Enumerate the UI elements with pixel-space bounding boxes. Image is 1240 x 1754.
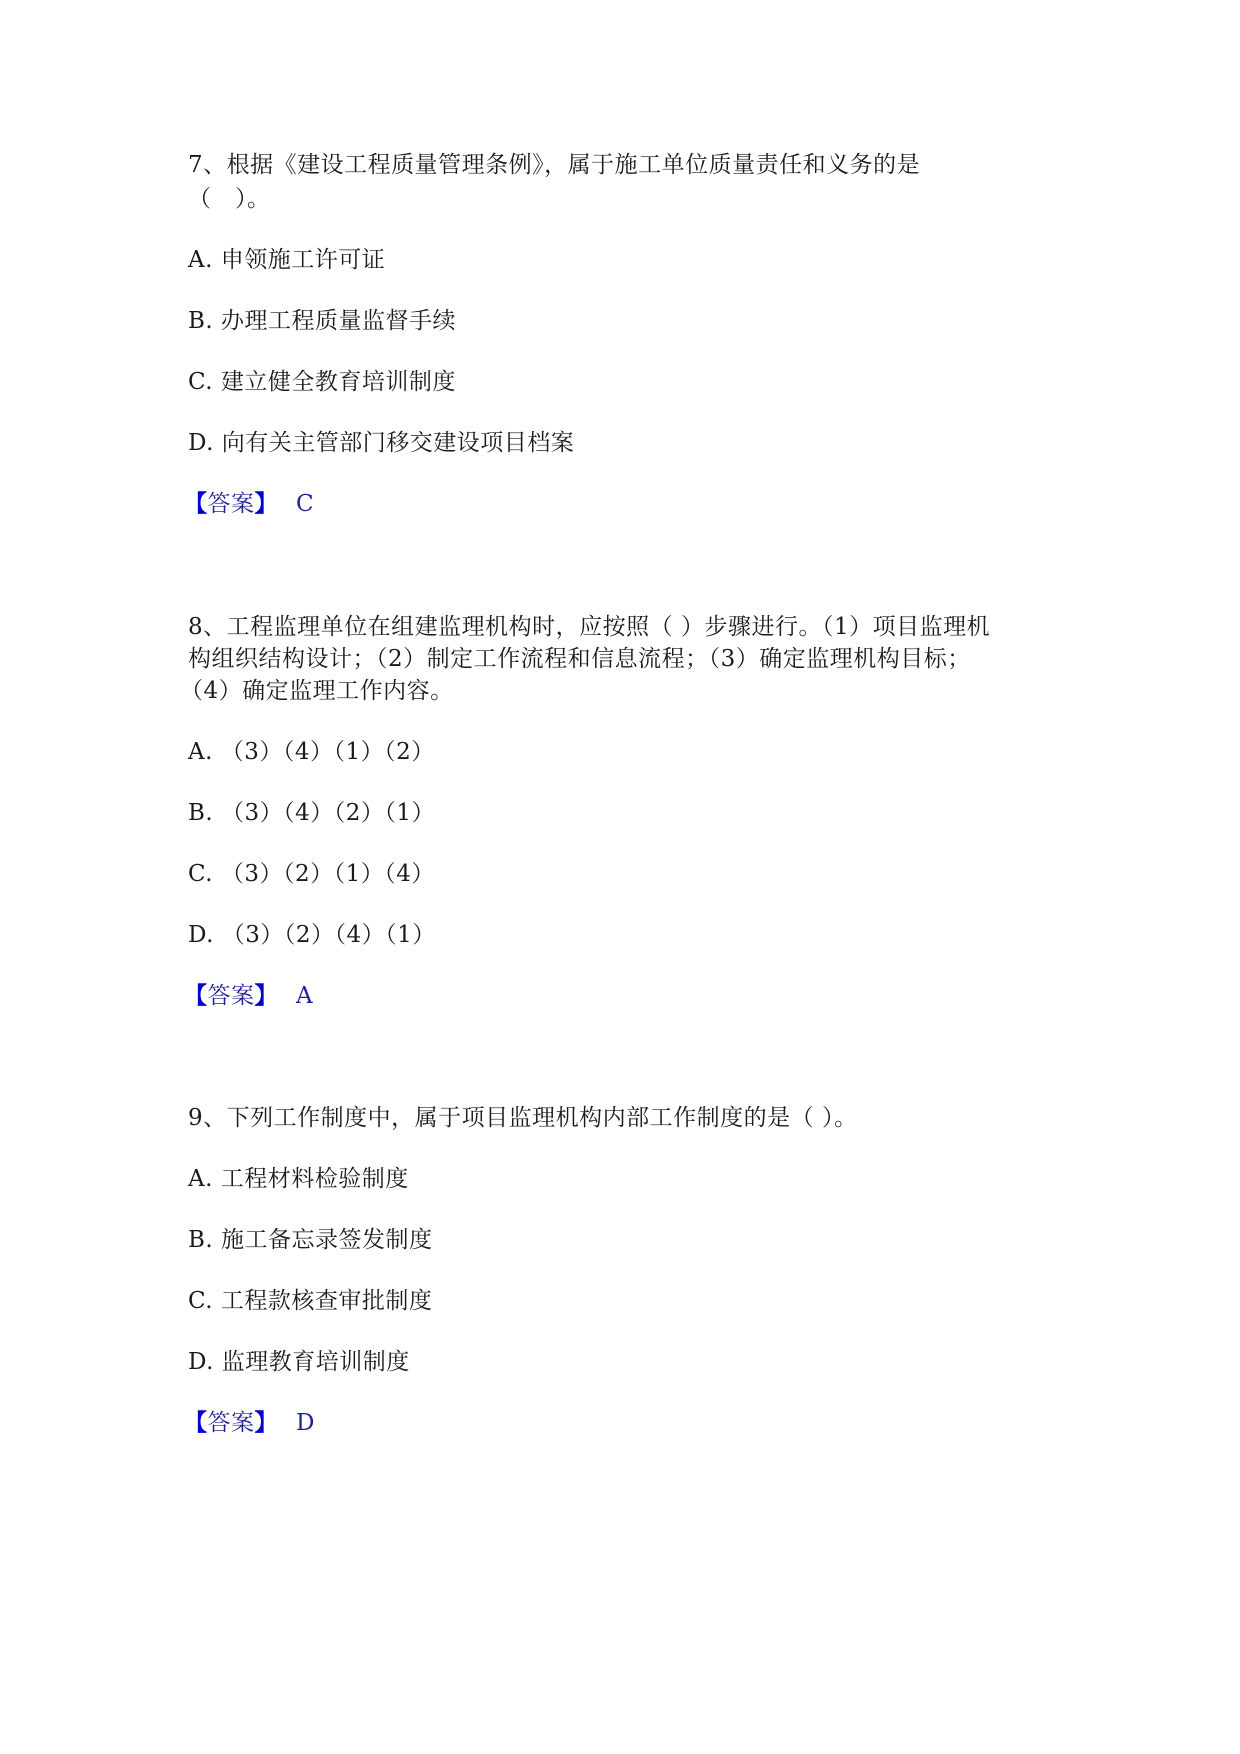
answer-label: 答案 — [208, 491, 255, 517]
answer-value: A — [296, 983, 313, 1009]
option-a: A. 工程材料检验制度 — [188, 1163, 409, 1195]
option-a: A. （3）（4）（1）（2） — [188, 736, 435, 768]
question-stem-line: 8、工程监理单位在组建监理机构时，应按照（ ）步骤进行。（1）项目监理机 — [188, 611, 990, 643]
answer-label: 答案 — [208, 983, 255, 1009]
option-c: C. 建立健全教育培训制度 — [188, 366, 456, 398]
question-stem-line: 构组织结构设计；（2）制定工作流程和信息流程；（3）确定监理机构目标； — [188, 643, 971, 675]
answer-bracket-close: 】 — [255, 490, 279, 517]
option-a: A. 申领施工许可证 — [188, 244, 385, 276]
answer-line: 【答案】C — [184, 488, 314, 520]
answer-line: 【答案】A — [184, 980, 313, 1012]
question-stem-line: （ ）。 — [188, 183, 271, 215]
answer-bracket-open: 【 — [184, 982, 208, 1009]
answer-bracket-open: 【 — [184, 490, 208, 517]
answer-bracket-open: 【 — [184, 1409, 208, 1436]
option-b: B. 施工备忘录签发制度 — [188, 1224, 433, 1256]
question-stem-line: （4）确定监理工作内容。 — [180, 675, 454, 707]
answer-value: C — [296, 491, 314, 517]
option-d: D. 监理教育培训制度 — [188, 1346, 410, 1378]
answer-bracket-close: 】 — [255, 1409, 279, 1436]
question-stem-line: 7、根据《建设工程质量管理条例》，属于施工单位质量责任和义务的是 — [188, 149, 920, 181]
answer-line: 【答案】D — [184, 1407, 315, 1439]
question-stem-line: 9、下列工作制度中，属于项目监理机构内部工作制度的是（ ）。 — [188, 1102, 857, 1134]
option-c: C. （3）（2）（1）（4） — [188, 858, 435, 890]
option-d: D. 向有关主管部门移交建设项目档案 — [188, 427, 574, 459]
answer-bracket-close: 】 — [255, 982, 279, 1009]
option-d: D. （3）（2）（4）（1） — [188, 919, 436, 951]
answer-value: D — [296, 1410, 315, 1436]
option-b: B. 办理工程质量监督手续 — [188, 305, 456, 337]
option-b: B. （3）（4）（2）（1） — [188, 797, 435, 829]
option-c: C. 工程款核查审批制度 — [188, 1285, 432, 1317]
answer-label: 答案 — [208, 1410, 255, 1436]
